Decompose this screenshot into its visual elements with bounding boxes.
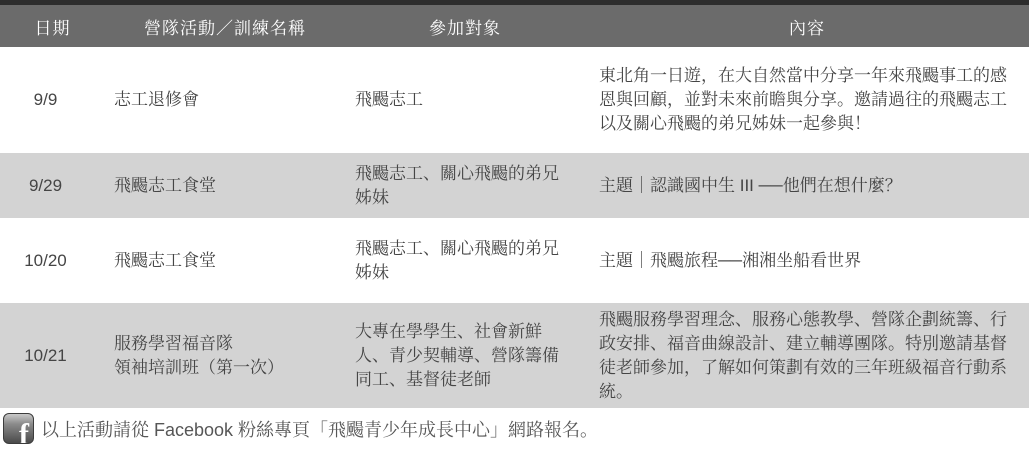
- header-activity-name: 營隊活動／訓練名稱: [105, 14, 345, 39]
- header-date: 日期: [0, 14, 105, 39]
- audience-cell: 飛颺志工、關心飛颺的弟兄姊妹: [345, 162, 585, 210]
- audience-cell: 飛颺志工: [345, 88, 585, 112]
- content-cell: 飛颺服務學習理念、服務心態教學、營隊企劃統籌、行政安排、福音曲線設計、建立輔導團…: [585, 308, 1029, 404]
- table-header-row: 日期 營隊活動／訓練名稱 參加對象 內容: [0, 5, 1029, 47]
- facebook-icon[interactable]: f: [3, 413, 34, 444]
- content-cell: 主題｜認識國中生 III ──他們在想什麼？: [585, 174, 1029, 198]
- activity-name-cell: 飛颺志工食堂: [105, 249, 345, 273]
- content-cell: 東北角一日遊，在大自然當中分享一年來飛颺事工的感恩與回顧，並對未來前瞻與分享。邀…: [585, 64, 1029, 136]
- activity-schedule-table: 日期 營隊活動／訓練名稱 參加對象 內容 9/9 志工退修會 飛颺志工 東北角一…: [0, 0, 1029, 449]
- date-cell: 9/29: [0, 174, 105, 198]
- signup-note-text: 以上活動請從 Facebook 粉絲專頁「飛颺青少年成長中心」網路報名。: [41, 416, 598, 442]
- activity-name-cell: 飛颺志工食堂: [105, 174, 345, 198]
- date-cell: 10/20: [0, 249, 105, 273]
- date-cell: 9/9: [0, 88, 105, 112]
- audience-cell: 大專在學學生、社會新鮮人、青少契輔導、營隊籌備同工、基督徒老師: [345, 320, 585, 392]
- header-audience: 參加對象: [345, 14, 585, 39]
- content-cell: 主題｜飛颺旅程──湘湘坐船看世界: [585, 249, 1029, 273]
- date-cell: 10/21: [0, 344, 105, 368]
- header-content: 內容: [585, 14, 1029, 39]
- table-row: 9/9 志工退修會 飛颺志工 東北角一日遊，在大自然當中分享一年來飛颺事工的感恩…: [0, 47, 1029, 153]
- table-row: 10/20 飛颺志工食堂 飛颺志工、關心飛颺的弟兄姊妹 主題｜飛颺旅程──湘湘坐…: [0, 218, 1029, 303]
- activity-name-cell: 志工退修會: [105, 88, 345, 112]
- activity-name-cell: 服務學習福音隊 領袖培訓班（第一次）: [105, 332, 345, 380]
- table-row: 10/21 服務學習福音隊 領袖培訓班（第一次） 大專在學學生、社會新鮮人、青少…: [0, 303, 1029, 408]
- signup-note-bar: f 以上活動請從 Facebook 粉絲專頁「飛颺青少年成長中心」網路報名。: [0, 408, 1029, 449]
- audience-cell: 飛颺志工、關心飛颺的弟兄姊妹: [345, 237, 585, 285]
- table-row: 9/29 飛颺志工食堂 飛颺志工、關心飛颺的弟兄姊妹 主題｜認識國中生 III …: [0, 153, 1029, 218]
